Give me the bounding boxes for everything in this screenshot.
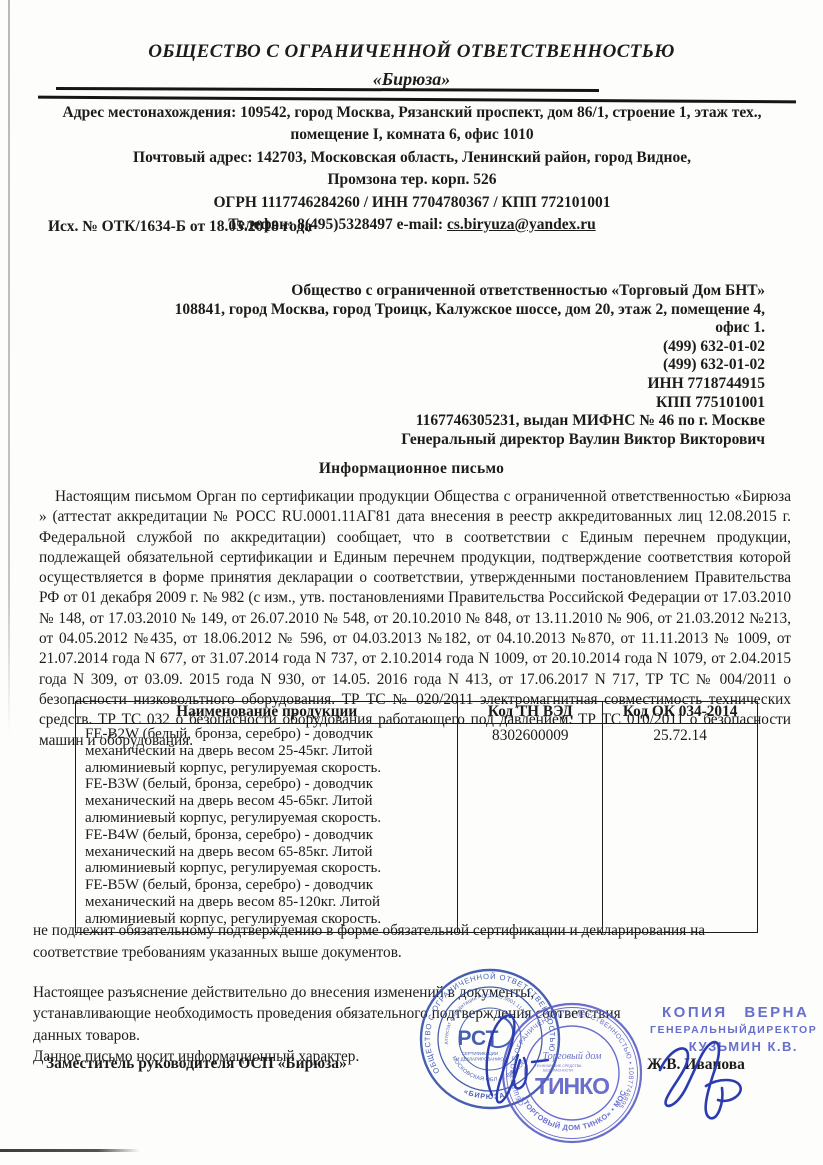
product-descriptions-cell: FE-B2W (белый, бронза, серебро) - доводч… (76, 724, 458, 933)
recipient-director: Генеральный директор Ваулин Виктор Викто… (145, 431, 765, 450)
col-header-tn-ved: Код ТН ВЭД (458, 702, 603, 724)
outgoing-ref-line: Исх. № ОТК/1634-Б от 18.05.2018 года (48, 218, 312, 236)
recipient-inn: ИНН 7718744915 (145, 375, 765, 394)
scan-bottom-artifact (0, 1149, 140, 1152)
letter-title: Информационное письмо (0, 460, 823, 478)
letterhead-org-short-name: «Бирюза» (0, 69, 823, 90)
recipient-block: Общество с ограниченной ответственностью… (145, 282, 765, 449)
address-line: помещение I, комната 6, офис 1010 (40, 124, 784, 146)
recipient-ogrn: 1167746305231, выдан МИФНС № 46 по г. Мо… (145, 412, 765, 431)
copy-verified-word-right: ДИРЕКТОР (748, 1024, 817, 1036)
product-item: FE-B2W (белый, бронза, серебро) - доводч… (85, 726, 449, 776)
product-item: FE-B3W (белый, бронза, серебро) - доводч… (85, 776, 449, 826)
tn-ved-code-cell: 8302600009 (458, 724, 603, 933)
product-item: FE-B4W (белый, бронза, серебро) - доводч… (85, 827, 449, 877)
products-table: Наименование продукции Код ТН ВЭД Код ОК… (75, 701, 758, 933)
table-row: FE-B2W (белый, бронза, серебро) - доводч… (76, 724, 758, 933)
after-table-paragraph-1: не подлежит обязательному подтверждению … (33, 920, 791, 963)
col-header-ok-code: Код ОК 034-2014 (603, 702, 758, 724)
table-header-row: Наименование продукции Код ТН ВЭД Код ОК… (76, 702, 758, 724)
copy-verified-line: КОПИЯ ВЕРНА (650, 1004, 800, 1021)
recipient-phone: (499) 632-01-02 (145, 338, 765, 357)
address-line: ОГРН 1117746284260 / ИНН 7704780367 / КП… (40, 192, 784, 214)
address-line: Адрес местонахождения: 109542, город Мос… (40, 102, 784, 124)
recipient-kpp: КПП 775101001 (145, 394, 765, 413)
document-page: ОБЩЕСТВО С ОГРАНИЧЕННОЙ ОТВЕТСТВЕННОСТЬЮ… (0, 0, 823, 1165)
address-line: Промзона тер. корп. 526 (40, 169, 784, 191)
email-link[interactable]: cs.biryuza@yandex.ru (447, 216, 596, 233)
address-line: Почтовый адрес: 142703, Московская облас… (40, 147, 784, 169)
ok-code-cell: 25.72.14 (603, 724, 758, 933)
deputy-signature (462, 1000, 572, 1120)
recipient-address: 108841, город Москва, город Троицк, Калу… (145, 301, 765, 338)
director-signature (648, 1030, 758, 1130)
col-header-product-name: Наименование продукции (76, 702, 458, 724)
letterhead-address-block: Адрес местонахождения: 109542, город Мос… (40, 102, 784, 236)
scan-edge-artifact (8, 0, 10, 735)
recipient-org: Общество с ограниченной ответственностью… (145, 282, 765, 301)
recipient-phone: (499) 632-01-02 (145, 356, 765, 375)
letterhead-org-name: ОБЩЕСТВО С ОГРАНИЧЕННОЙ ОТВЕТСТВЕННОСТЬЮ (0, 41, 823, 63)
signoff-position: Заместитель руководителя ОСП «Бирюза» (46, 1055, 347, 1073)
